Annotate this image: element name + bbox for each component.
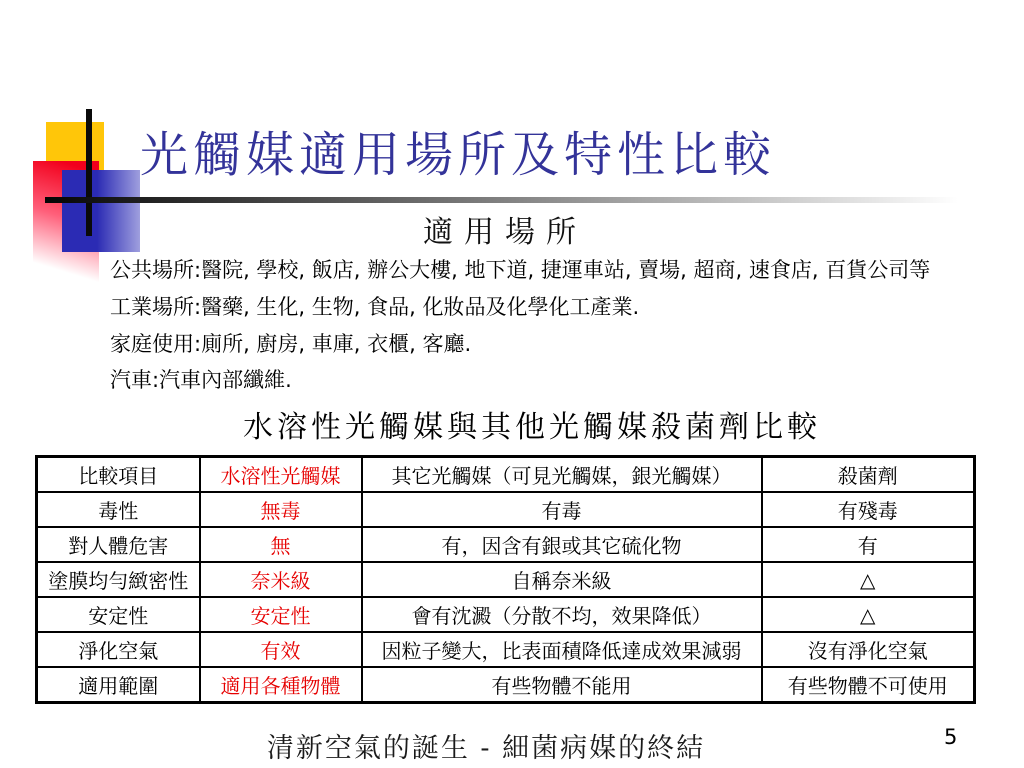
table-cell: 淨化空氣	[37, 632, 200, 667]
page-number: 5	[944, 725, 957, 749]
table-header-cell: 水溶性光觸媒	[200, 457, 362, 493]
table-cell: 奈米級	[200, 562, 362, 597]
table-cell: 有毒	[362, 492, 762, 527]
table-cell: 有殘毒	[762, 492, 975, 527]
table-cell: 有，因含有銀或其它硫化物	[362, 527, 762, 562]
table-row: 適用範圍 適用各種物體 有些物體不能用 有些物體不可使用	[37, 667, 975, 703]
usage-line-home: 家庭使用:廁所, 廚房, 車庫, 衣櫃, 客廳.	[110, 328, 990, 358]
table-cell: △	[762, 597, 975, 632]
table-header-row: 比較項目 水溶性光觸媒 其它光觸媒（可見光觸媒，銀光觸媒） 殺菌劑	[37, 457, 975, 493]
table-cell: 塗膜均勻緻密性	[37, 562, 200, 597]
table-cell: 無毒	[200, 492, 362, 527]
table-cell: 有	[762, 527, 975, 562]
usage-heading: 適用場所	[0, 207, 1010, 251]
table-header-cell: 殺菌劑	[762, 457, 975, 493]
table-cell: △	[762, 562, 975, 597]
table-row: 塗膜均勻緻密性 奈米級 自稱奈米級 △	[37, 562, 975, 597]
table-cell: 適用範圍	[37, 667, 200, 703]
table-cell: 有效	[200, 632, 362, 667]
table-row: 毒性 無毒 有毒 有殘毒	[37, 492, 975, 527]
table-cell: 有些物體不可使用	[762, 667, 975, 703]
footer-text: 清新空氣的誕生 - 細菌病媒的終結	[0, 726, 972, 765]
slide: 光觸媒適用場所及特性比較 適用場所 公共場所:醫院, 學校, 飯店, 辦公大樓,…	[0, 0, 1024, 768]
table-cell: 對人體危害	[37, 527, 200, 562]
table-cell: 無	[200, 527, 362, 562]
table-cell: 安定性	[200, 597, 362, 632]
table-cell: 自稱奈米級	[362, 562, 762, 597]
comparison-heading: 水溶性光觸媒與其他光觸媒殺菌劑比較	[20, 402, 1024, 446]
usage-line-public: 公共場所:醫院, 學校, 飯店, 辦公大樓, 地下道, 捷運車站, 賣場, 超商…	[110, 254, 990, 284]
table-row: 對人體危害 無 有，因含有銀或其它硫化物 有	[37, 527, 975, 562]
table-row: 安定性 安定性 會有沈澱（分散不均，效果降低） △	[37, 597, 975, 632]
usage-line-industry: 工業場所:醫藥, 生化, 生物, 食品, 化妝品及化學化工產業.	[110, 291, 990, 321]
title-underline-rule	[45, 197, 958, 203]
table-cell: 毒性	[37, 492, 200, 527]
slide-title: 光觸媒適用場所及特性比較	[140, 122, 980, 188]
comparison-table: 比較項目 水溶性光觸媒 其它光觸媒（可見光觸媒，銀光觸媒） 殺菌劑 毒性 無毒 …	[35, 455, 976, 704]
usage-line-car: 汽車:汽車內部纖維.	[110, 364, 990, 394]
table-cell: 會有沈澱（分散不均，效果降低）	[362, 597, 762, 632]
table-cell: 適用各種物體	[200, 667, 362, 703]
table-row: 淨化空氣 有效 因粒子變大，比表面積降低達成效果減弱 沒有淨化空氣	[37, 632, 975, 667]
table-header-cell: 其它光觸媒（可見光觸媒，銀光觸媒）	[362, 457, 762, 493]
table-cell: 沒有淨化空氣	[762, 632, 975, 667]
table-cell: 安定性	[37, 597, 200, 632]
table-cell: 因粒子變大，比表面積降低達成效果減弱	[362, 632, 762, 667]
table-header-cell: 比較項目	[37, 457, 200, 493]
table-cell: 有些物體不能用	[362, 667, 762, 703]
